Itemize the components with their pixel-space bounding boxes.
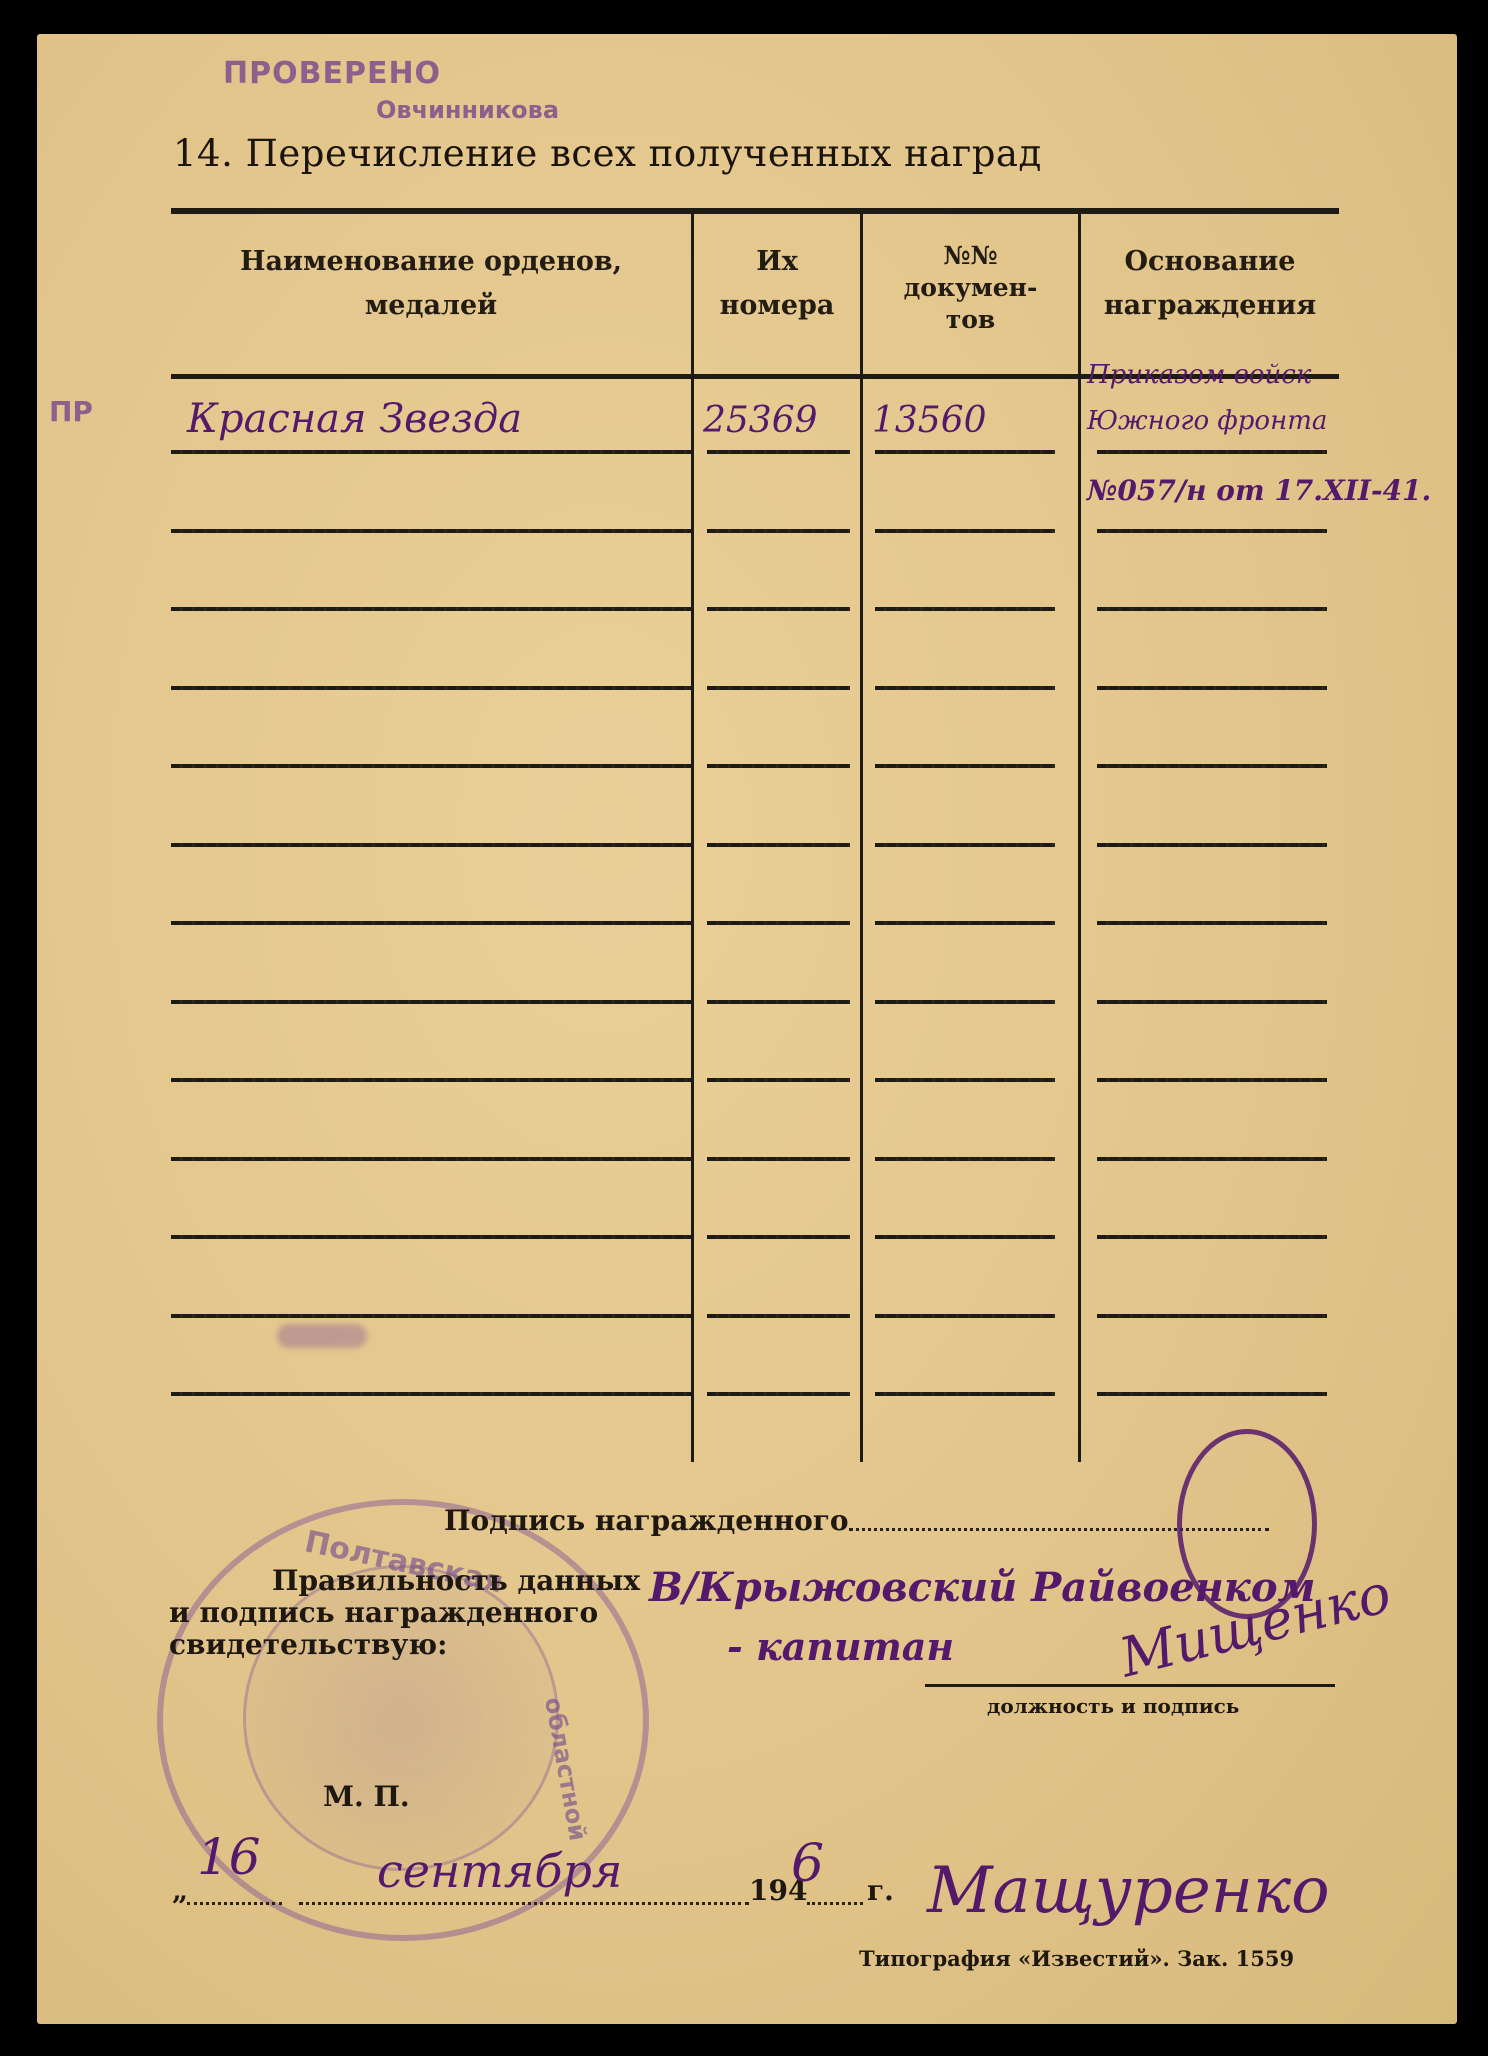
row-rule [875, 843, 1055, 847]
checker-name-stamp: Овчинникова [376, 96, 559, 124]
award-basis-line-2: Южного фронта [1087, 406, 1327, 436]
column-divider-1 [691, 214, 694, 1462]
row-rule [875, 450, 1055, 454]
table-top-rule [171, 208, 1339, 214]
row-rule [875, 607, 1055, 611]
row-rule [1097, 686, 1327, 690]
bottom-signature: Мащуренко [927, 1854, 1330, 1928]
date-open-quote: „ [172, 1874, 188, 1907]
row-rule [171, 1000, 691, 1004]
row-rule [707, 921, 850, 925]
column-divider-3 [1078, 214, 1081, 1462]
awardee-signature-label: Подпись награжденного [444, 1504, 849, 1537]
row-rule [707, 686, 850, 690]
row-rule [707, 1078, 850, 1082]
row-rule [171, 1078, 691, 1082]
row-rule [1097, 764, 1327, 768]
date-month: сентября [377, 1844, 622, 1898]
row-rule [707, 1000, 850, 1004]
row-rule [875, 1392, 1055, 1396]
row-rule [875, 529, 1055, 533]
row-rule [171, 607, 691, 611]
award-basis-line-1: Приказом войск [1087, 360, 1311, 390]
date-year-line[interactable] [807, 1902, 863, 1905]
margin-mark-stamp: ПР [49, 395, 93, 428]
row-rule [1097, 450, 1327, 454]
row-rule [875, 1235, 1055, 1239]
position-signature-line[interactable] [925, 1684, 1335, 1687]
position-signature-caption: должность и подпись [987, 1694, 1239, 1718]
date-month-line[interactable] [299, 1902, 749, 1905]
row-rule [1097, 1157, 1327, 1161]
row-rule [707, 1235, 850, 1239]
row-rule [875, 1314, 1055, 1318]
row-rule [875, 921, 1055, 925]
certifier-rank-handwritten: - капитан [727, 1624, 954, 1669]
certify-line-1: Правильность данных [272, 1564, 640, 1597]
column-header-award-number: Их номера [694, 240, 860, 328]
seal-placement-label: М. П. [323, 1780, 410, 1813]
row-rule [875, 686, 1055, 690]
row-rule [1097, 529, 1327, 533]
row-rule [171, 450, 691, 454]
award-number-cell: 25369 [703, 400, 818, 441]
column-header-award-name: Наименование орденов, медалей [171, 240, 691, 328]
row-rule [1097, 1078, 1327, 1082]
column-header-document-number: №№ докумен- тов [863, 240, 1078, 336]
row-rule [1097, 843, 1327, 847]
row-rule [875, 764, 1055, 768]
row-rule [707, 764, 850, 768]
date-day-line[interactable] [187, 1902, 282, 1905]
award-record-page: ПРОВЕРЕНО Овчинникова ПР 14. Перечислени… [37, 34, 1457, 2024]
row-rule [707, 843, 850, 847]
column-header-award-basis: Основание награждения [1081, 240, 1339, 328]
row-rule [875, 1000, 1055, 1004]
section-title: 14. Перечисление всех полученных наград [173, 132, 1042, 175]
row-rule [1097, 1392, 1327, 1396]
row-rule [707, 450, 850, 454]
date-day: 16 [197, 1828, 261, 1886]
row-rule [707, 1392, 850, 1396]
row-rule [875, 1157, 1055, 1161]
row-rule [171, 1157, 691, 1161]
signature-flourish [1177, 1429, 1317, 1619]
row-rule [171, 921, 691, 925]
row-rule [707, 529, 850, 533]
row-rule [1097, 921, 1327, 925]
row-rule [1097, 1314, 1327, 1318]
section-title-text: Перечисление всех полученных наград [246, 132, 1042, 175]
row-rule [171, 686, 691, 690]
row-rule [1097, 1235, 1327, 1239]
row-rule [171, 764, 691, 768]
row-rule [171, 1235, 691, 1239]
date-year-unit: г. [867, 1874, 894, 1907]
row-rule [171, 1314, 691, 1318]
date-year-suffix: 6 [791, 1834, 824, 1894]
ink-smudge [277, 1324, 367, 1348]
printer-imprint: Типография «Известий». Зак. 1559 [859, 1946, 1294, 1971]
award-basis-line-3: №057/н от 17.XII-41. [1087, 474, 1431, 507]
row-rule [171, 843, 691, 847]
row-rule [707, 1314, 850, 1318]
row-rule [875, 1078, 1055, 1082]
row-rule [1097, 607, 1327, 611]
row-rule [171, 529, 691, 533]
row-rule [171, 1392, 691, 1396]
row-rule [1097, 1000, 1327, 1004]
award-name-cell: Красная Звезда [187, 396, 522, 442]
certify-line-2: и подпись награжденного [169, 1596, 598, 1629]
row-rule [707, 607, 850, 611]
document-number-cell: 13560 [872, 400, 987, 441]
checked-stamp: ПРОВЕРЕНО [223, 56, 441, 91]
column-divider-2 [860, 214, 863, 1462]
row-rule [707, 1157, 850, 1161]
certify-line-3: свидетельствую: [169, 1628, 447, 1661]
section-number: 14. [173, 132, 233, 175]
